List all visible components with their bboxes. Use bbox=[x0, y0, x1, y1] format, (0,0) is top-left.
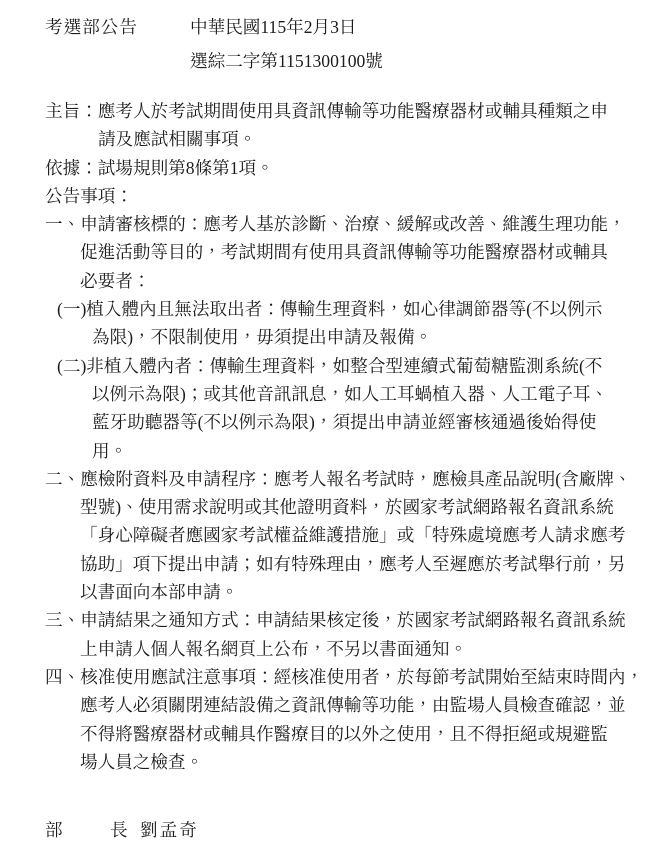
signature-block: 部 長 劉孟奇 bbox=[0, 818, 654, 844]
signature-name: 劉孟奇 bbox=[140, 818, 199, 842]
document-body: 主旨：應考人於考試期間使用具資訊傳輸等功能醫療器材或輔具種類之申請及應試相關事項… bbox=[0, 97, 654, 776]
signature-title-char-2: 長 bbox=[110, 818, 128, 842]
document-line: 促進活動等目的，考試期間有使用具資訊傳輸等功能醫療器材或輔具 bbox=[80, 238, 654, 266]
document-line: 用。 bbox=[92, 437, 654, 465]
document-line: 二、應檢附資料及申請程序：應考人報名考試時，應檢具產品說明(含廠牌、 bbox=[45, 465, 654, 493]
document-line: 「身心障礙者應國家考試權益維護措施」或「特殊處境應考人請求應考 bbox=[80, 521, 654, 549]
document-line: 公告事項： bbox=[45, 182, 654, 210]
document-line: 型號)、使用需求說明或其他證明資料，於國家考試網路報名資訊系統 bbox=[80, 493, 654, 521]
document-issuer: 考選部公告 bbox=[45, 15, 138, 39]
document-line: 三、申請結果之通知方式：申請結果核定後，於國家考試網路報名資訊系統 bbox=[45, 606, 654, 634]
document-line: 以例示為限)；或其他音訊訊息，如人工耳蝸植入器、人工電子耳、 bbox=[92, 380, 654, 408]
document-line: 不得將醫療器材或輔具作醫療目的以外之使用，且不得拒絕或規避監 bbox=[80, 720, 654, 748]
document-number: 選綜二字第1151300100號 bbox=[190, 49, 383, 73]
document-line: 應考人必須關閉連結設備之資訊傳輸等功能，由監場人員檢查確認，並 bbox=[80, 691, 654, 719]
document-line: 一、申請審核標的：應考人基於診斷、治療、緩解或改善、維護生理功能， bbox=[45, 210, 654, 238]
document-line: 上申請人個人報名網頁上公布，不另以書面通知。 bbox=[80, 635, 654, 663]
document-line: 場人員之檢查。 bbox=[80, 748, 654, 776]
document-line: 四、核准使用應試注意事項：經核准使用者，於每節考試開始至結束時間內， bbox=[45, 663, 654, 691]
document-line: 主旨：應考人於考試期間使用具資訊傳輸等功能醫療器材或輔具種類之申 bbox=[45, 97, 654, 125]
document-line: 藍牙助聽器等(不以例示為限)，須提出申請並經審核通過後始得使 bbox=[92, 408, 654, 436]
document-line: 依據：試場規則第8條第1項。 bbox=[45, 154, 654, 182]
signature-title-char-1: 部 bbox=[45, 818, 63, 842]
document-line: 以書面向本部申請。 bbox=[80, 578, 654, 606]
announcement-document: 考選部公告 中華民國115年2月3日 選綜二字第1151300100號 主旨：應… bbox=[0, 0, 654, 845]
document-line: (一)植入體內且無法取出者：傳輸生理資料，如心律調節器等(不以例示 bbox=[57, 295, 654, 323]
document-line: (二)非植入體內者：傳輸生理資料，如整合型連續式葡萄糖監測系統(不 bbox=[57, 352, 654, 380]
document-line: 協助」項下提出申請；如有特殊理由，應考人至遲應於考試舉行前，另 bbox=[80, 550, 654, 578]
document-line: 請及應試相關事項。 bbox=[98, 125, 654, 153]
document-line: 為限)，不限制使用，毋須提出申請及報備。 bbox=[92, 323, 654, 351]
document-date: 中華民國115年2月3日 bbox=[190, 15, 357, 39]
document-line: 必要者： bbox=[80, 267, 654, 295]
